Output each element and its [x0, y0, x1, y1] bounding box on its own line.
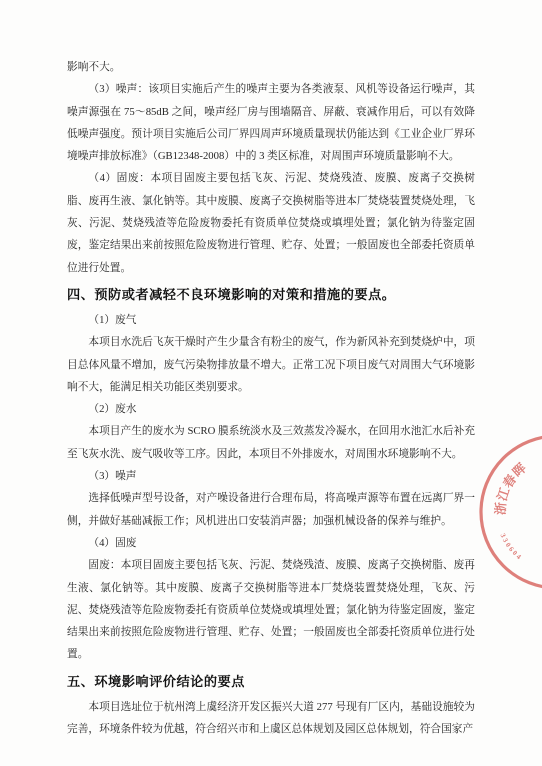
- seal-arc-text: 浙江春晖: [493, 461, 530, 516]
- paragraph-conclusion: 本项目选址位于杭州湾上虞经济开发区振兴大道 277 号现有厂区内，基础设施较为完…: [67, 696, 475, 741]
- paragraph-solid-waste: （4）固废：本项目固废主要包括飞灰、污泥、焚烧残渣、废膜、废离子交换树脂、废再生…: [67, 167, 475, 278]
- paragraph-waste-gas: 本项目水洗后飞灰干燥时产生少量含有粉尘的废气，作为新风补充到焚烧炉中，项目总体风…: [67, 331, 475, 398]
- seal-ring: [481, 436, 542, 588]
- seal-graphic: 浙江春晖 330604: [472, 427, 542, 597]
- company-seal-stamp: 浙江春晖 330604: [472, 427, 542, 597]
- paragraph-noise: （3）噪声：该项目实施后产生的噪声主要为各类液泵、风机等设备运行噪声，其噪声源强…: [67, 78, 475, 167]
- subheading-noise: （3）噪声: [67, 465, 475, 487]
- subheading-waste-water: （2）废水: [67, 398, 475, 420]
- paragraph-noise-measures: 选择低噪声型号设备，对产噪设备进行合理布局，将高噪声源等布置在远离厂界一侧，并做…: [67, 487, 475, 532]
- subheading-solid-waste: （4）固废: [67, 532, 475, 554]
- seal-code-text: 330604: [499, 532, 525, 562]
- paragraph-waste-water: 本项目产生的废水为 SCRO 膜系统淡水及三效蒸发冷凝水，在回用水池汇水后补充至…: [67, 420, 475, 465]
- paragraph-solid-waste-measures: 固废：本项目固废主要包括飞灰、污泥、焚烧残渣、废膜、废离子交换树脂、废再生液、氯…: [67, 554, 475, 665]
- paragraph-continuation: 影响不大。: [67, 56, 475, 78]
- document-page: 影响不大。 （3）噪声：该项目实施后产生的噪声主要为各类液泵、风机等设备运行噪声…: [0, 0, 542, 766]
- subheading-waste-gas: （1）废气: [67, 309, 475, 331]
- section-heading-4: 四、预防或者减轻不良环境影响的对策和措施的要点。: [67, 283, 475, 306]
- document-content: 影响不大。 （3）噪声：该项目实施后产生的噪声主要为各类液泵、风机等设备运行噪声…: [67, 56, 475, 740]
- section-heading-5: 五、环境影响评价结论的要点: [67, 670, 475, 693]
